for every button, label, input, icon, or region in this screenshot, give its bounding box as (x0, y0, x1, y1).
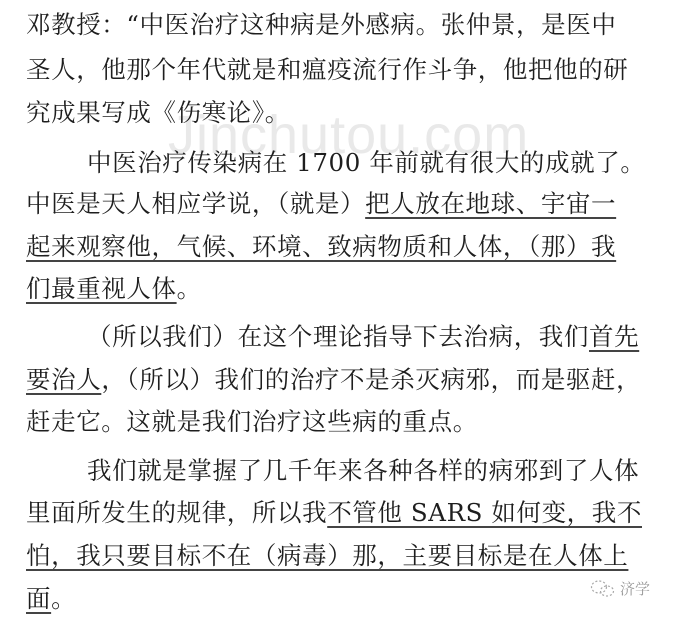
text-segment: 。 (51, 584, 76, 613)
text-segment: 邓教授：“中医治疗这种病是外感病。张仲景，是医中 (26, 10, 616, 39)
wechat-icon (590, 579, 616, 599)
underlined-segment: 不管他 SARS 如何变，我不 (327, 498, 642, 527)
text-line: 怕，我只要目标不在（病毒）那，主要目标是在人体上 (26, 541, 628, 571)
text-line: 中医治疗传染病在 1700 年前就有很大的成就了。 (87, 148, 645, 178)
text-line: （所以我们）在这个理论指导下去治病，我们首先 (87, 322, 639, 352)
text-segment: 里面所发生的规律，所以我 (26, 498, 327, 527)
logo-label: 济学 (620, 578, 650, 599)
underlined-segment: 首先 (589, 322, 639, 351)
text-segment: （所以我们）在这个理论指导下去治病，我们 (87, 322, 589, 351)
text-segment: 究成果写成《伤寒论》。 (26, 98, 290, 127)
account-logo: 济学 (590, 578, 650, 599)
text-line: 邓教授：“中医治疗这种病是外感病。张仲景，是医中 (26, 10, 616, 40)
text-line: 们最重视人体。 (26, 274, 202, 304)
text-segment: ，（所以）我们的治疗不是杀灭病邪，而是驱赶， (101, 365, 641, 394)
text-segment: 中医是天人相应学说，（就是） (26, 189, 365, 218)
text-segment: 赶走它。这就是我们治疗这些病的重点。 (26, 407, 478, 436)
underlined-segment: 怕，我只要目标不在（病毒）那，主要目标是在人体上 (26, 541, 628, 570)
text-line: 起来观察他，气候、环境、致病物质和人体，（那）我 (26, 232, 616, 262)
underlined-segment: 面 (26, 584, 51, 613)
text-line: 面。 (26, 584, 76, 614)
text-segment: 中医治疗传染病在 1700 年前就有很大的成就了。 (87, 148, 645, 177)
text-line: 里面所发生的规律，所以我不管他 SARS 如何变，我不 (26, 498, 642, 528)
underlined-segment: 起来观察他，气候、环境、致病物质和人体，（那）我 (26, 232, 616, 261)
underlined-segment: 们最重视人体 (26, 274, 177, 303)
text-line: 要治人，（所以）我们的治疗不是杀灭病邪，而是驱赶， (26, 365, 641, 395)
text-line: 赶走它。这就是我们治疗这些病的重点。 (26, 407, 478, 437)
text-line: 我们就是掌握了几千年来各种各样的病邪到了人体 (87, 456, 639, 486)
underlined-segment: 要治人 (26, 365, 101, 394)
text-segment: 。 (177, 274, 202, 303)
text-line: 中医是天人相应学说，（就是）把人放在地球、宇宙一 (26, 189, 616, 219)
text-segment: 圣人，他那个年代就是和瘟疫流行作斗争，他把他的研 (26, 55, 628, 84)
underlined-segment: 把人放在地球、宇宙一 (365, 189, 616, 218)
text-segment: 我们就是掌握了几千年来各种各样的病邪到了人体 (87, 456, 639, 485)
text-line: 圣人，他那个年代就是和瘟疫流行作斗争，他把他的研 (26, 55, 628, 85)
text-line: 究成果写成《伤寒论》。 (26, 98, 290, 128)
